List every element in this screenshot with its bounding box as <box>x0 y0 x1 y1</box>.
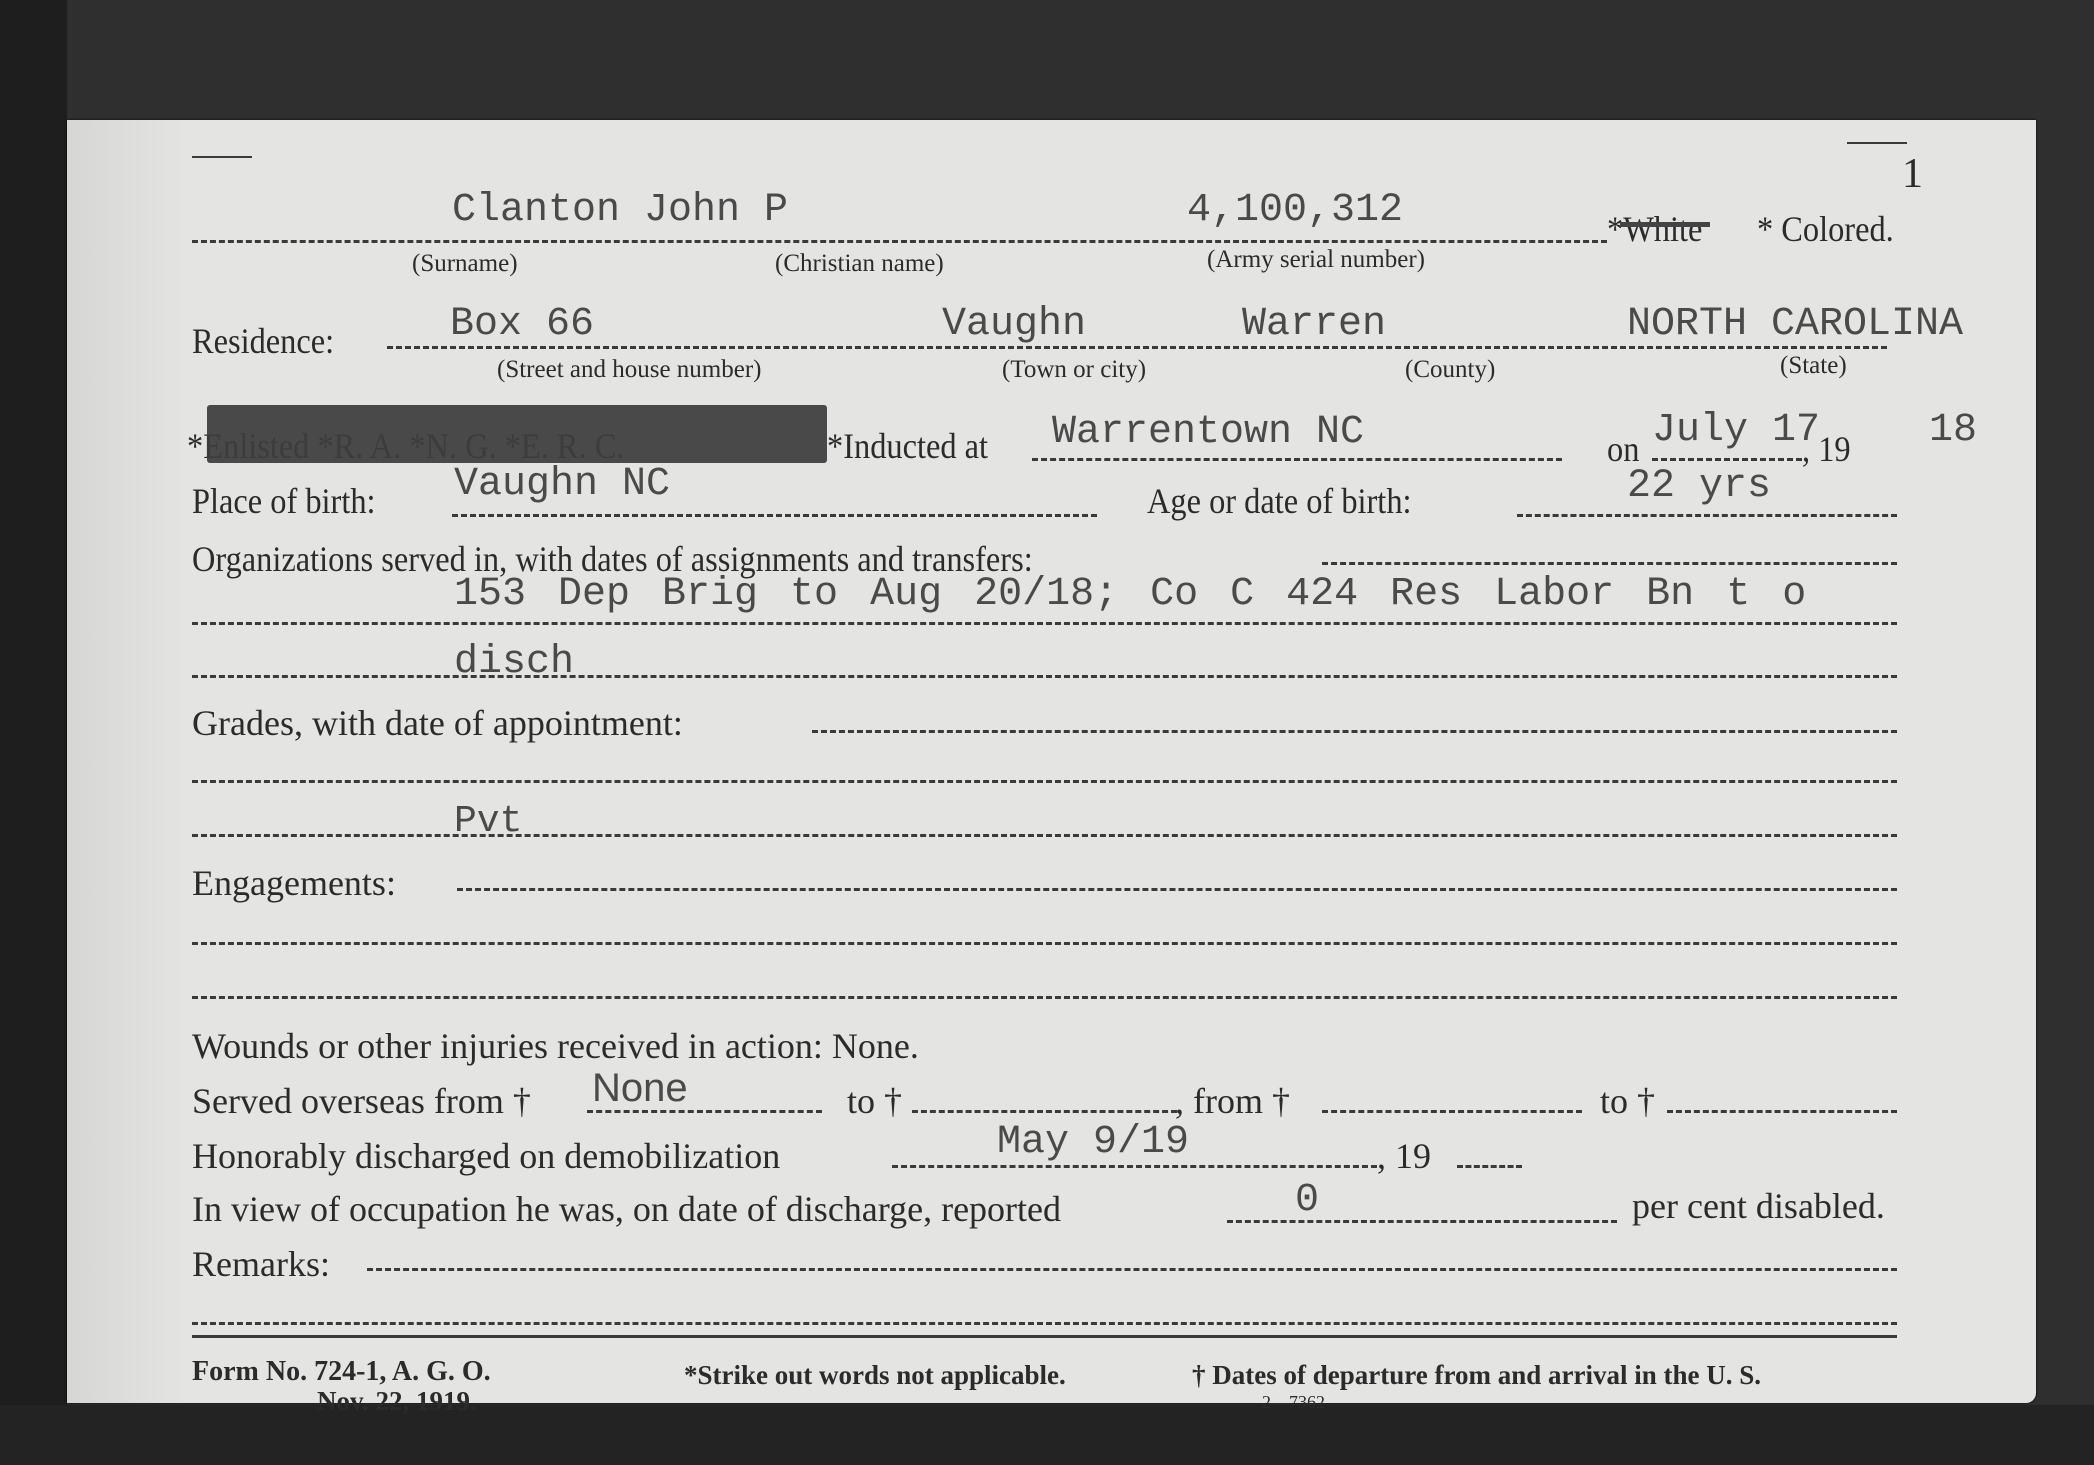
age-line <box>1517 514 1897 517</box>
race-white: *White <box>1607 208 1702 250</box>
overseas-from-value: None <box>592 1066 688 1111</box>
race-colored: * Colored. <box>1757 208 1894 250</box>
inducted-line <box>1032 458 1562 461</box>
form-date: Nov. 22, 1919. <box>317 1386 477 1417</box>
paper-shadow <box>67 120 187 1403</box>
engagements-line-1 <box>192 942 1897 945</box>
discharge-label: Honorably discharged on demobilization <box>192 1135 780 1177</box>
form-number: Form No. 724-1, A. G. O. <box>192 1356 491 1388</box>
age-value: 22 yrs <box>1627 464 1771 509</box>
grades-line-2 <box>192 834 1897 837</box>
surname-label: (Surname) <box>412 250 518 278</box>
induction-year: 18 <box>1929 408 1977 453</box>
discharge-year-label: , 19 <box>1377 1135 1431 1177</box>
induction-date-line <box>1652 458 1802 461</box>
wounds-label: Wounds or other injuries received in act… <box>192 1025 919 1067</box>
induction-date: July 17 <box>1652 408 1820 453</box>
redaction-mark <box>207 405 827 463</box>
town-label: (Town or city) <box>1002 356 1146 384</box>
residence-label: Residence: <box>192 320 334 362</box>
age-label: Age or date of birth: <box>1147 480 1412 522</box>
overseas-from2-line <box>1322 1110 1582 1113</box>
disability-label: In view of occupation he was, on date of… <box>192 1188 1061 1230</box>
disability-line <box>1227 1220 1617 1223</box>
place-of-birth-line <box>452 514 1097 517</box>
top-left-mark <box>192 156 252 158</box>
residence-street: Box 66 <box>450 302 594 347</box>
grades-label: Grades, with date of appointment: <box>192 702 683 744</box>
organizations-line-2 <box>192 675 1897 678</box>
residence-line <box>387 346 1887 349</box>
inducted-at-value: Warrentown NC <box>1052 410 1364 455</box>
strike-note: *Strike out words not applicable. <box>684 1360 1066 1391</box>
name-line <box>192 240 1607 243</box>
service-record-card: 1 Clanton John P (Surname) (Christian na… <box>67 120 2036 1403</box>
overseas-to2-label: to † <box>1600 1080 1655 1122</box>
overseas-label: Served overseas from † <box>192 1080 531 1122</box>
grades-line-0 <box>812 730 1897 733</box>
organizations-line1: 153 Dep Brig to Aug 20/18; Co C 424 Res … <box>454 572 1806 617</box>
discharge-line <box>892 1165 1377 1168</box>
place-of-birth-label: Place of birth: <box>192 480 376 522</box>
county-label: (County) <box>1405 356 1495 384</box>
disability-suffix: per cent disabled. <box>1632 1185 1885 1227</box>
serial-number-value: 4,100,312 <box>1187 188 1403 233</box>
grades-line-1 <box>192 780 1897 783</box>
residence-town: Vaughn <box>942 302 1086 347</box>
card-number: 1 <box>1902 150 1923 198</box>
place-of-birth-value: Vaughn NC <box>454 462 670 507</box>
white-strikethrough <box>1620 222 1710 227</box>
organizations-line-0 <box>1322 562 1897 565</box>
top-right-mark <box>1847 142 1907 144</box>
overseas-from2-label: , from † <box>1175 1080 1290 1122</box>
overseas-from-line <box>587 1110 822 1113</box>
discharge-year-line <box>1457 1165 1522 1168</box>
print-code: 2—7362 <box>1262 1392 1325 1413</box>
christian-name-label: (Christian name) <box>775 250 944 278</box>
dates-note: † Dates of departure from and arrival in… <box>1192 1360 1761 1391</box>
disability-value: 0 <box>1295 1178 1319 1223</box>
organizations-line2: disch <box>454 640 574 685</box>
remarks-line-1 <box>192 1322 1897 1325</box>
engagements-label: Engagements: <box>192 862 396 904</box>
background-left <box>0 0 67 1465</box>
inducted-label: *Inducted at <box>827 425 988 467</box>
state-label: (State) <box>1780 352 1847 380</box>
discharge-value: May 9/19 <box>997 1120 1189 1165</box>
overseas-to2-line <box>1667 1110 1897 1113</box>
serial-number-label: (Army serial number) <box>1207 246 1425 274</box>
overseas-to-label: to † <box>847 1080 902 1122</box>
residence-state: NORTH CAROLINA <box>1627 302 1963 347</box>
background-bottom <box>0 1405 2094 1465</box>
remarks-label: Remarks: <box>192 1243 330 1285</box>
street-label: (Street and house number) <box>497 356 762 384</box>
year-prefix: , 19 <box>1802 428 1851 470</box>
remarks-line-0 <box>367 1268 1897 1271</box>
engagements-line-0 <box>457 888 1897 891</box>
organizations-line-1 <box>192 622 1897 625</box>
engagements-line-2 <box>192 996 1897 999</box>
footer-rule <box>192 1335 1897 1338</box>
overseas-to-line <box>912 1110 1177 1113</box>
residence-county: Warren <box>1242 302 1386 347</box>
name-value: Clanton John P <box>452 188 788 233</box>
